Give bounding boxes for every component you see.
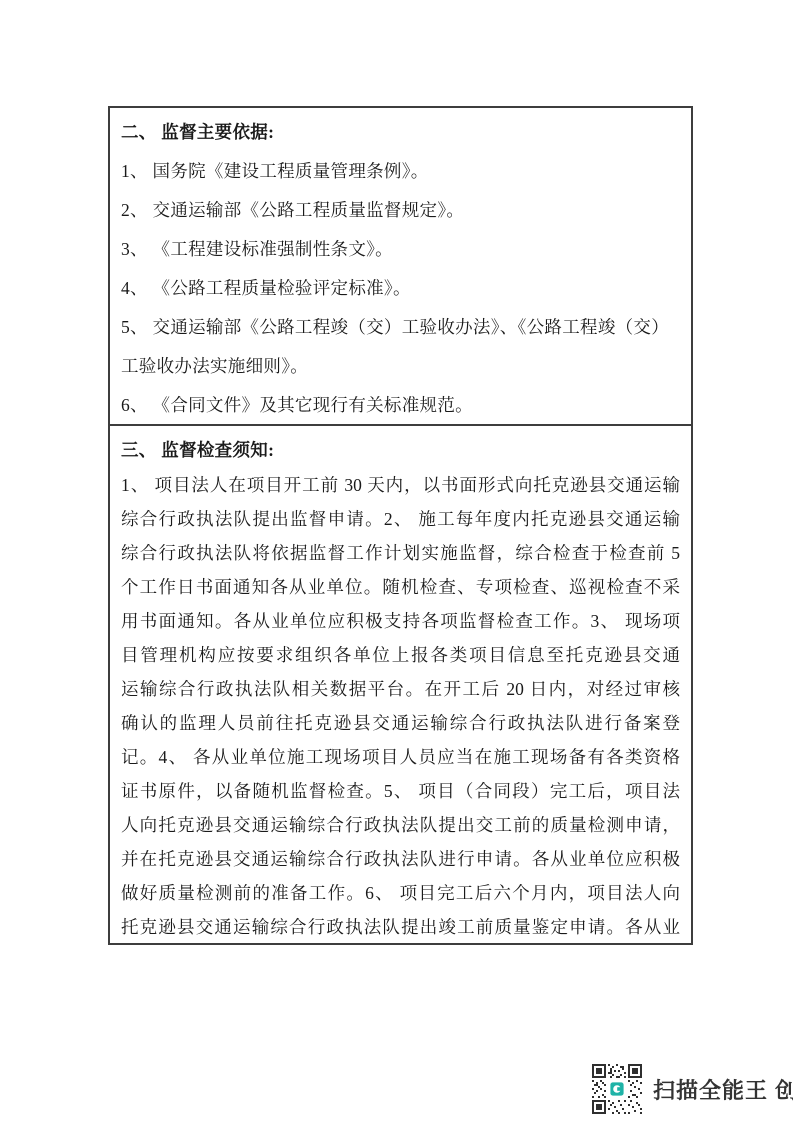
notice-line-8: 确认的监理人员前往托克逊县交通运输综合行政执法队进行备案登	[121, 706, 680, 740]
notice-line-1: 1、 项目法人在项目开工前 30 天内，以书面形式向托克逊县交通运输	[121, 468, 680, 502]
notice-line-3: 综合行政执法队将依据监督工作计划实施监督，综合检查于检查前 5	[121, 536, 680, 570]
notice-line-9: 记。4、 各从业单位施工现场项目人员应当在施工现场备有各类资格	[121, 740, 680, 774]
document-page: 二、 监督主要依据: 1、 国务院《建设工程质量管理条例》。 2、 交通运输部《…	[0, 0, 793, 1122]
basis-line-3: 3、 《工程建设标准强制性条文》。	[121, 229, 680, 268]
basis-line-6: 6、 《合同文件》及其它现行有关标准规范。	[121, 385, 680, 424]
qr-code-icon	[592, 1064, 642, 1114]
basis-line-5-cont: 工验收办法实施细则》。	[121, 346, 680, 385]
watermark-text: 扫描全能王 创建	[653, 1074, 793, 1105]
section-inspection-notice: 三、 监督检查须知: 1、 项目法人在项目开工前 30 天内，以书面形式向托克逊…	[110, 424, 691, 941]
basis-line-5: 5、 交通运输部《公路工程竣（交）工验收办法》、《公路工程竣（交）	[121, 307, 680, 346]
notice-line-13: 做好质量检测前的准备工作。6、 项目完工后六个月内，项目法人向	[121, 876, 680, 910]
basis-heading: 二、 监督主要依据:	[121, 112, 680, 151]
notice-heading: 三、 监督检查须知:	[121, 432, 680, 468]
notice-line-11: 人向托克逊县交通运输综合行政执法队提出交工前的质量检测申请，	[121, 808, 680, 842]
section-supervision-basis: 二、 监督主要依据: 1、 国务院《建设工程质量管理条例》。 2、 交通运输部《…	[110, 108, 691, 424]
notice-line-2: 综合行政执法队提出监督申请。2、 施工每年度内托克逊县交通运输	[121, 502, 680, 536]
basis-line-1: 1、 国务院《建设工程质量管理条例》。	[121, 151, 680, 190]
notice-line-6: 目管理机构应按要求组织各单位上报各类项目信息至托克逊县交通	[121, 638, 680, 672]
notice-line-10: 证书原件，以备随机监督检查。5、 项目（合同段）完工后，项目法	[121, 774, 680, 808]
notice-line-12: 并在托克逊县交通运输综合行政执法队进行申请。各从业单位应积极	[121, 842, 680, 876]
notice-line-4: 个工作日书面通知各从业单位。随机检查、专项检查、巡视检查不采	[121, 570, 680, 604]
basis-line-2: 2、 交通运输部《公路工程质量监督规定》。	[121, 190, 680, 229]
notice-line-7: 运输综合行政执法队相关数据平台。在开工后 20 日内，对经过审核	[121, 672, 680, 706]
basis-line-4: 4、 《公路工程质量检验评定标准》。	[121, 268, 680, 307]
camscanner-watermark: 扫描全能王 创建	[592, 1064, 793, 1114]
notice-line-5: 用书面通知。各从业单位应积极支持各项监督检查工作。3、 现场项	[121, 604, 680, 638]
notice-line-14: 托克逊县交通运输综合行政执法队提出竣工前质量鉴定申请。各从业	[121, 910, 680, 944]
supervision-table: 二、 监督主要依据: 1、 国务院《建设工程质量管理条例》。 2、 交通运输部《…	[108, 106, 693, 945]
